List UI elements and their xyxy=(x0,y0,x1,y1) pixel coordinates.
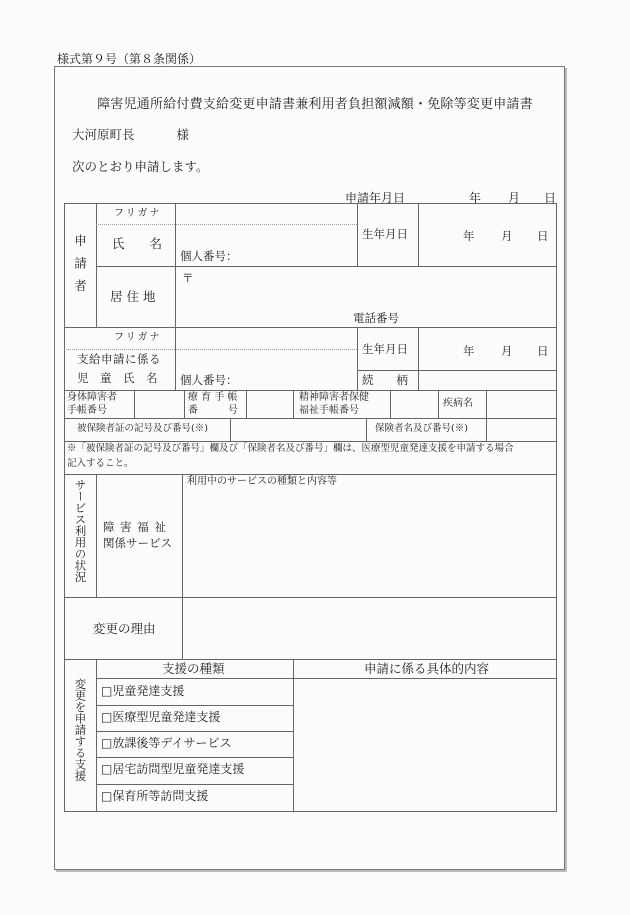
mental-handbook-label-line2: 福祉手帳番号 xyxy=(299,405,359,417)
applicant-birthdate-label: 生年月日 xyxy=(362,228,408,241)
option-label: 保育所等訪問支援 xyxy=(112,789,208,803)
child-birthdate-label: 生年月日 xyxy=(362,343,408,356)
rehab-handbook-field[interactable] xyxy=(247,391,292,417)
rehab-handbook-label-line2: 番 号 xyxy=(188,405,238,417)
table-right-border xyxy=(556,203,557,812)
checkbox-icon[interactable]: □ xyxy=(101,736,112,750)
support-option-medical-child-development[interactable]: □医療型児童発達支援 xyxy=(101,711,220,725)
honorific: 様 xyxy=(177,127,190,142)
child-birth-day: 日 xyxy=(537,345,549,358)
support-option-nursery-visit-support[interactable]: □保育所等訪問支援 xyxy=(101,790,208,804)
divider xyxy=(357,203,358,267)
insurance-note-line1: ※「被保険者証の記号及び番号」欄及び「保険者名及び番号」欄は、医療型児童発達支援… xyxy=(67,444,514,455)
addressee: 大河原町長様 xyxy=(72,125,189,143)
applicant-birth-day: 日 xyxy=(537,230,549,243)
physical-handbook-label-line1: 身体障害者 xyxy=(67,392,117,404)
child-furigana-field[interactable] xyxy=(176,328,356,348)
support-type-header: 支援の種類 xyxy=(162,662,225,676)
service-content-label: 利用中のサービスの種類と内容等 xyxy=(187,476,337,488)
divider xyxy=(293,390,294,418)
checkbox-icon[interactable]: □ xyxy=(101,762,112,776)
support-content-field[interactable] xyxy=(294,679,555,810)
checkbox-icon[interactable]: □ xyxy=(101,710,112,724)
option-label: 医療型児童発達支援 xyxy=(112,710,220,724)
divider xyxy=(96,266,557,267)
applicant-name-label: 氏 名 xyxy=(112,237,162,251)
insured-number-label: 被保険者証の記号及び番号(※) xyxy=(77,424,208,435)
welfare-service-label-line1: 障 害 福 祉 xyxy=(103,521,167,534)
checkbox-icon[interactable]: □ xyxy=(101,684,112,698)
divider xyxy=(64,474,557,475)
checkbox-icon[interactable]: □ xyxy=(101,789,112,803)
applicant-address-field[interactable] xyxy=(176,268,556,310)
divider xyxy=(96,757,293,758)
addressee-name: 大河原町長 xyxy=(72,127,135,142)
relationship-label: 続 柄 xyxy=(362,374,408,387)
table-left-border xyxy=(64,203,65,812)
applicant-birth-month: 月 xyxy=(501,230,513,243)
page-title: 障害児通所給付費支給変更申請書兼利用者負担額減額・免除等変更申請書 xyxy=(0,93,630,112)
mental-handbook-field[interactable] xyxy=(391,391,437,417)
divider xyxy=(96,203,97,327)
relationship-field[interactable] xyxy=(419,371,556,390)
applicant-personal-number-label: 個人番号： xyxy=(180,250,238,263)
request-text: 次のとおり申請します。 xyxy=(72,157,209,175)
disease-field[interactable] xyxy=(487,391,555,417)
divider xyxy=(366,418,367,441)
divider xyxy=(96,659,97,811)
divider xyxy=(184,390,185,418)
applicant-name-field[interactable] xyxy=(176,225,356,249)
service-usage-section-label: サービス利用の状況 xyxy=(74,479,86,583)
divider xyxy=(96,474,97,597)
child-name-label-line1: 支給申請に係る xyxy=(77,353,161,366)
insurer-label: 保険者名及び番号(※) xyxy=(375,424,468,435)
applicant-address-label: 居 住 地 xyxy=(110,290,155,304)
physical-handbook-field[interactable] xyxy=(135,391,183,417)
insurer-field[interactable] xyxy=(487,419,555,440)
disease-label: 疾病名 xyxy=(443,398,473,410)
option-label: 児童発達支援 xyxy=(112,684,184,698)
child-furigana-label: フリガナ xyxy=(114,332,162,344)
applicant-furigana-field[interactable] xyxy=(176,204,356,224)
divider xyxy=(418,203,419,267)
insured-number-field[interactable] xyxy=(231,419,365,440)
change-support-section-label: 変更を申請する支援 xyxy=(74,678,86,782)
divider xyxy=(96,784,293,785)
support-option-home-visit-child-development[interactable]: □居宅訪問型児童発達支援 xyxy=(101,763,244,777)
divider xyxy=(438,390,439,418)
support-option-child-development[interactable]: □児童発達支援 xyxy=(101,685,184,699)
phone-label: 電話番号 xyxy=(353,312,399,325)
change-reason-label: 変更の理由 xyxy=(93,622,156,636)
rehab-handbook-label-line1: 療 育 手 帳 xyxy=(188,392,238,404)
child-birth-year: 年 xyxy=(463,345,475,358)
divider xyxy=(64,441,557,442)
welfare-service-label-line2: 関係サービス xyxy=(103,537,172,550)
child-name-label-line2: 児 童 氏 名 xyxy=(77,372,158,385)
divider xyxy=(357,327,358,391)
support-content-header: 申請に係る具体的内容 xyxy=(364,662,489,676)
divider xyxy=(96,705,293,706)
applicant-birth-year: 年 xyxy=(463,230,475,243)
form-number: 様式第９号（第８条関係） xyxy=(57,50,201,67)
applicant-section-label: 申請者 xyxy=(73,234,86,302)
child-personal-number-label: 個人番号： xyxy=(180,374,238,387)
option-label: 居宅訪問型児童発達支援 xyxy=(112,762,244,776)
support-option-after-school-day-service[interactable]: □放課後等デイサービス xyxy=(101,737,232,751)
physical-handbook-label-line2: 手帳番号 xyxy=(67,405,107,417)
mental-handbook-label-line1: 精神障害者保健 xyxy=(299,392,369,404)
insurance-note-line2: 記入すること。 xyxy=(67,459,134,470)
option-label: 放課後等デイサービス xyxy=(112,736,231,750)
divider xyxy=(96,731,293,732)
table-bottom-border xyxy=(64,811,557,812)
change-reason-field[interactable] xyxy=(183,598,555,658)
child-birth-month: 月 xyxy=(501,345,513,358)
furigana-divider xyxy=(64,349,357,350)
service-content-field[interactable] xyxy=(183,490,555,596)
divider xyxy=(64,659,557,660)
applicant-furigana-label: フリガナ xyxy=(114,208,162,220)
